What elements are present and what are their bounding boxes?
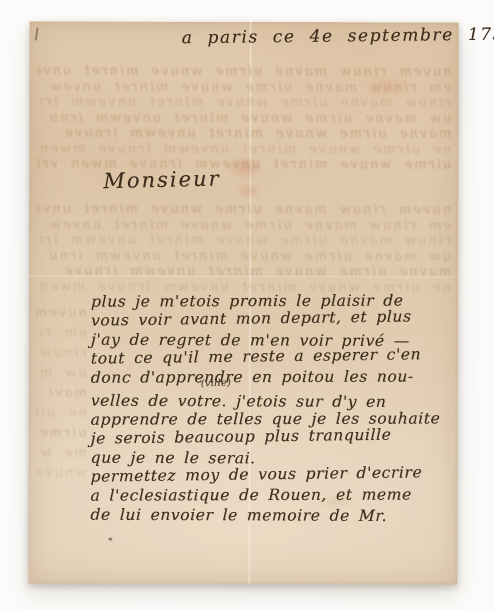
ink-speck: [108, 538, 112, 541]
letter-page: nuvem rinuw mavne uirme wnuve minret unv…: [28, 21, 458, 584]
interline-insertion: (ville): [201, 377, 232, 389]
bleedthrough-line: mavne uirme wnuve minret unvewm irnuve m…: [49, 383, 87, 403]
handwritten-line: permettez moy de vous prier d'ecrire: [90, 463, 454, 487]
bleedthrough-line: nuvem rinuw mavne uirme wnuve minret unv…: [35, 201, 451, 218]
salutation: Monsieur: [103, 166, 221, 193]
bleedthrough-line: mavne uirme wnuve minret unvewm irnuve m…: [55, 264, 451, 281]
handwritten-line: donc d'apprendre en poitou les nou-: [91, 367, 456, 387]
handwritten-line: tout ce qu'il me reste a esperer c'en: [91, 345, 455, 369]
letter-body: plus je m'etois promis le plaisir de vou…: [90, 293, 455, 526]
horizontal-fold-crease: [29, 273, 458, 277]
bleedthrough-line: mavne uirme wnuve minret unvewm irnuve m…: [55, 126, 451, 143]
corner-ink-mark: [35, 27, 39, 40]
bleedthrough-line: wnuve minret unvewm irnuve mwen vrinum e…: [34, 463, 87, 483]
bleedthrough-line: me wnuve minret unvewm irnuve mwen vrinu…: [41, 443, 87, 463]
handwritten-line: je serois beaucoup plus tranquille: [90, 425, 454, 449]
handwritten-line: de lui envoier le memoire de Mr.: [90, 506, 455, 527]
bleedthrough-line: nuvem rinuw mavne uirme wnuve minret unv…: [29, 303, 87, 323]
photo-background: nuvem rinuw mavne uirme wnuve minret unv…: [0, 0, 494, 610]
dateline: a paris ce 4e septembre 1734.: [182, 24, 494, 48]
bleedthrough-line: ne uirme wnuve minret unvewm irnuve mwen…: [34, 403, 87, 423]
handwritten-line: vous voir avant mon depart, et plus: [91, 307, 455, 331]
foxing-stain: [227, 155, 263, 181]
bleedthrough-line: rinuw mavne uirme wnuve minret unvewm ir…: [40, 232, 451, 249]
bleedthrough-left-margin: nuvem rinuw mavne uirme wnuve minret unv…: [29, 303, 87, 489]
handwritten-line: a l'eclesiastique de Rouen, et meme: [90, 485, 455, 505]
bleedthrough-line: em rinuw mavne uirme wnuve minret unvewm…: [41, 323, 87, 343]
bleedthrough-line: rinuw mavne uirme wnuve minret unvewm ir…: [34, 343, 87, 363]
bleedthrough-line: uirme wnuve minret unvewm irnuve mwen vr…: [29, 423, 87, 443]
foxing-stain: [360, 74, 414, 100]
bleedthrough-line: uw mavne uirme wnuve minret unvewm irnuv…: [41, 363, 87, 383]
bleedthrough-block-middle: nuvem rinuw mavne uirme wnuve minret unv…: [35, 201, 451, 298]
foxing-stain: [235, 182, 261, 200]
